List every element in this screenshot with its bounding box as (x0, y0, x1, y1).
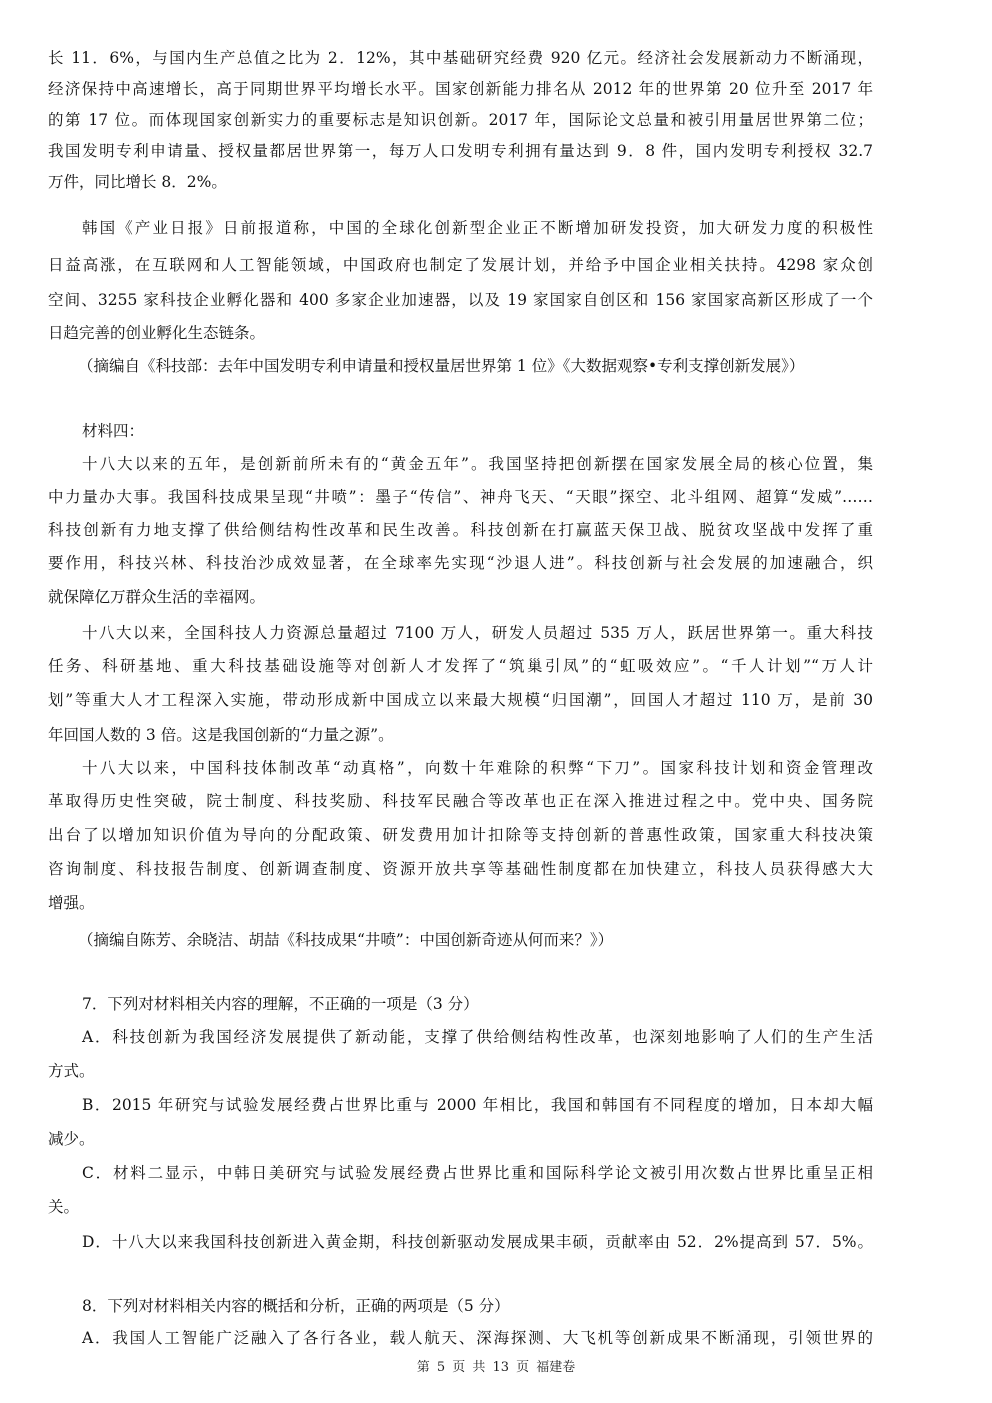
question-stem: 7．下列对材料相关内容的理解，不正确的一项是（3 分） (82, 993, 873, 1015)
material4-heading: 材料四： (82, 420, 873, 442)
text-line: 日益高涨，在互联网和人工智能领域，中国政府也制定了发展计划，并给予中国企业相关扶… (48, 254, 873, 276)
text-line: A．我国人工智能广泛融入了各行各业，载人航天、深海探测、大飞机等创新成果不断涌现… (82, 1327, 873, 1349)
text-line: 万件，同比增长 8．2%。 (48, 171, 873, 193)
text-line: 年回国人数的 3 倍。这是我国创新的“力量之源”。 (48, 724, 873, 746)
text-line: 中力量办大事。我国科技成果呈现“井喷”：墨子“传信”、神舟飞天、“天眼”探空、北… (48, 486, 873, 508)
text-line: 的第 17 位。而体现国家创新实力的重要标志是知识创新。2017 年，国际论文总… (48, 109, 873, 131)
text-line: 咨询制度、科技报告制度、创新调查制度、资源开放共享等基础性制度都在加快建立，科技… (48, 858, 873, 880)
text-line: 关。 (48, 1196, 873, 1218)
text-line: 长 11．6%，与国内生产总值之比为 2．12%，其中基础研究经费 920 亿元… (48, 47, 873, 69)
text-line: 减少。 (48, 1128, 873, 1150)
question-stem: 8．下列对材料相关内容的概括和分析，正确的两项是（5 分） (82, 1295, 873, 1317)
text-line: 经济保持中高速增长，高于同期世界平均增长水平。国家创新能力排名从 2012 年的… (48, 78, 873, 100)
text-line: 方式。 (48, 1060, 873, 1082)
material3-citation: （摘编自《科技部：去年中国发明专利申请量和授权量居世界第 1 位》《大数据观察•… (78, 355, 869, 377)
text-line: C．材料二显示，中韩日美研究与试验发展经费占世界比重和国际科学论文被引用次数占世… (82, 1162, 873, 1184)
text-line: 增强。 (48, 892, 873, 914)
text-line: A．科技创新为我国经济发展提供了新动能，支撑了供给侧结构性改革，也深刻地影响了人… (82, 1026, 873, 1048)
text-line: D．十八大以来我国科技创新进入黄金期，科技创新驱动发展成果丰硕，贡献率由 52．… (82, 1231, 873, 1253)
text-line: 要作用，科技兴林、科技治沙成效显著，在全球率先实现“沙退人进”。科技创新与社会发… (48, 552, 873, 574)
exam-page: 长 11．6%，与国内生产总值之比为 2．12%，其中基础研究经费 920 亿元… (0, 0, 992, 1403)
text-line: 十八大以来的五年，是创新前所未有的“黄金五年”。我国坚持把创新摆在国家发展全局的… (82, 453, 873, 475)
text-line: 划”等重大人才工程深入实施，带动形成新中国成立以来最大规模“归国潮”，回国人才超… (48, 689, 873, 711)
text-line: 十八大以来，中国科技体制改革“动真格”，向数十年难除的积弊“下刀”。国家科技计划… (82, 757, 873, 779)
text-line: 出台了以增加知识价值为导向的分配政策、研发费用加计扣除等支持创新的普惠性政策，国… (48, 824, 873, 846)
text-line: 革取得历史性突破，院士制度、科技奖励、科技军民融合等改革也正在深入推进过程之中。… (48, 790, 873, 812)
text-line: 空间、3255 家科技企业孵化器和 400 多家企业加速器，以及 19 家国家自… (48, 289, 873, 311)
text-line: 就保障亿万群众生活的幸福网。 (48, 586, 873, 608)
text-line: 任务、科研基地、重大科技基础设施等对创新人才发挥了“筑巢引凤”的“虹吸效应”。“… (48, 655, 873, 677)
text-line: 科技创新有力地支撑了供给侧结构性改革和民生改善。科技创新在打赢蓝天保卫战、脱贫攻… (48, 519, 873, 541)
text-line: 十八大以来，全国科技人力资源总量超过 7100 万人，研发人员超过 535 万人… (82, 622, 873, 644)
text-line: 韩国《产业日报》日前报道称，中国的全球化创新型企业正不断增加研发投资，加大研发力… (82, 217, 873, 239)
page-footer: 第 5 页 共 13 页 福建卷 (0, 1358, 992, 1378)
text-line: B．2015 年研究与试验发展经费占世界比重与 2000 年相比，我国和韩国有不… (82, 1094, 873, 1116)
text-line: 日趋完善的创业孵化生态链条。 (48, 322, 873, 344)
text-line: 我国发明专利申请量、授权量都居世界第一，每万人口发明专利拥有量达到 9．8 件，… (48, 140, 873, 162)
material4-citation: （摘编自陈芳、余晓洁、胡喆《科技成果“井喷”：中国创新奇迹从何而来？》） (78, 929, 869, 951)
